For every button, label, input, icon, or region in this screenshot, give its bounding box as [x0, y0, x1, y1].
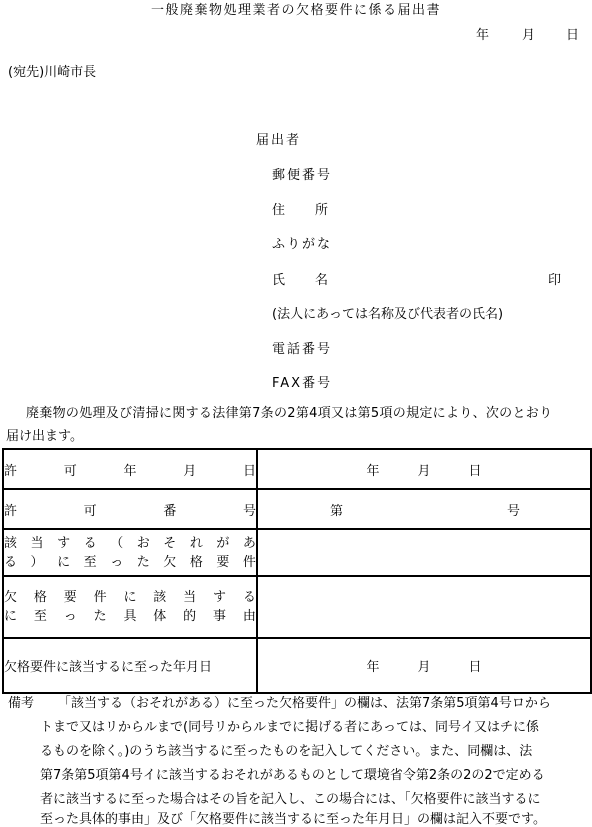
disqualification-field[interactable]	[257, 529, 591, 576]
permit-number-label: 許 可 番 号	[3, 489, 257, 529]
intro-line-1: 廃棄物の処理及び清掃に関する法律第7条の2第4項又は第5項の規定により、次のとお…	[26, 407, 552, 420]
furigana-label: ふりがな	[272, 238, 332, 251]
date-day-label: 日	[566, 29, 579, 42]
page-title: 一般廃棄物処理業者の欠格要件に係る届出書	[0, 4, 592, 17]
filer-label: 届出者	[256, 134, 301, 147]
note-line-6: 至った具体的事由」及び「欠格要件に該当するに至った年月日」の欄は記入不要です。	[40, 813, 546, 826]
applicable-date-field[interactable]: 年 月 日	[257, 638, 591, 693]
date-year-label: 年	[476, 29, 489, 42]
addressee: (宛先)川崎市長	[8, 66, 96, 79]
disqualification-label: 該当する（おそれがあ る）に至った欠格要件	[3, 529, 257, 576]
fax-label: FAX番号	[272, 377, 332, 390]
permit-date-label: 許 可 年 月 日	[3, 449, 257, 489]
postal-code-label: 郵便番号	[272, 169, 332, 182]
note-line-5: 者に該当するに至った場合はその旨を記入し、この場合には、「欠格要件に該当するに	[40, 793, 541, 806]
applicable-date-label: 欠格要件に該当するに至った年月日	[3, 638, 257, 693]
table-row-permit-date: 許 可 年 月 日 年 月 日	[3, 449, 591, 489]
note-line-4: 第7条第5項第4号イに該当するおそれがあるものとして環境省令第2条の2の2で定め…	[40, 769, 545, 782]
phone-label: 電話番号	[272, 343, 332, 356]
note-line-3: るものを除く。)のうち該当するに至ったものを記入してください。また、同欄は、法	[40, 745, 532, 758]
seal-mark: 印	[548, 274, 561, 287]
specific-reason-field[interactable]	[257, 576, 591, 638]
table-row-disqualification: 該当する（おそれがあ る）に至った欠格要件	[3, 529, 591, 576]
permit-date-field[interactable]: 年 月 日	[257, 449, 591, 489]
corporation-note: (法人にあっては名称及び代表者の氏名)	[272, 308, 503, 321]
notes-heading: 備考	[8, 697, 34, 710]
table-row-permit-number: 許 可 番 号 第 号	[3, 489, 591, 529]
address-label: 住所	[272, 204, 328, 217]
specific-reason-label: 欠格要件に該当する に至った具体的事由	[3, 576, 257, 638]
permit-number-field[interactable]: 第 号	[257, 489, 591, 529]
table-row-applicable-date: 欠格要件に該当するに至った年月日 年 月 日	[3, 638, 591, 693]
table-row-specific-reason: 欠格要件に該当する に至った具体的事由	[3, 576, 591, 638]
notification-table: 許 可 年 月 日 年 月 日 許 可 番	[2, 448, 592, 694]
intro-line-2: 届け出ます。	[6, 430, 83, 443]
note-line-2: トまで又はリからルまで(同号リからルまでに掲げる者にあっては、同号イ又はチに係	[40, 721, 539, 734]
name-label: 氏名	[272, 274, 328, 287]
note-line-1: 「該当する（おそれがある）に至った欠格要件」の欄は、法第7条第5項第4号ロから	[58, 697, 551, 710]
date-month-label: 月	[522, 29, 535, 42]
